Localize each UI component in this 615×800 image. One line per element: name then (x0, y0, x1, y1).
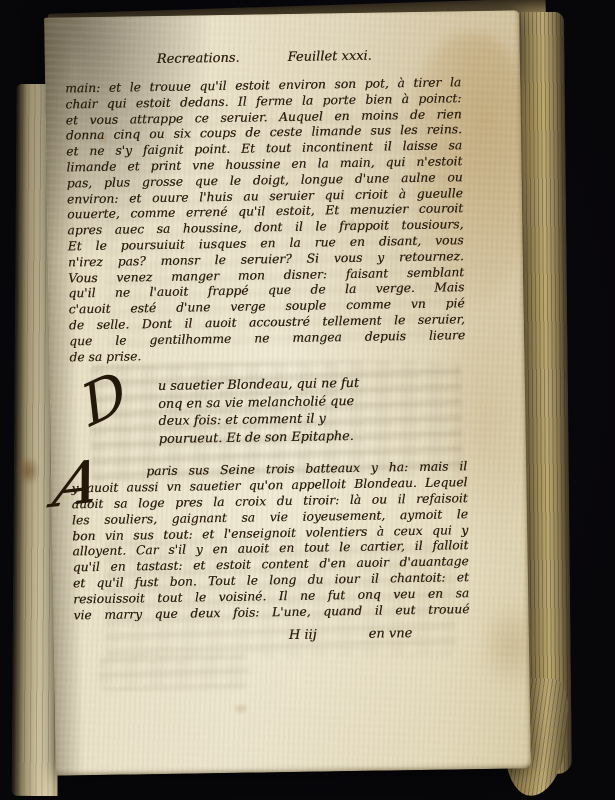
folio-number: Feuillet xxxi. (287, 49, 371, 68)
signature-mark: H iij (289, 628, 317, 643)
photo-backdrop: Recreations. Feuillet xxxi. main: et le … (0, 0, 615, 800)
signature-line: H iij en vne (74, 625, 470, 646)
gutter-stain (16, 456, 40, 486)
foxing-spot (235, 705, 247, 713)
drop-cap-d: D (75, 359, 135, 441)
verso-showthrough (98, 655, 249, 691)
paragraph-1: main: et le trouue qu'il estoit environ … (65, 75, 465, 366)
heading-line: pourueut. Et de son Epitaphe. (159, 426, 467, 448)
catchword: en vne (369, 626, 413, 642)
paragraph-2: A paris sus Seine trois batteaux y ha: m… (71, 460, 469, 624)
running-title: Recreations. (157, 51, 240, 70)
book-page: Recreations. Feuillet xxxi. main: et le … (44, 10, 531, 775)
running-header: Recreations. Feuillet xxxi. (65, 47, 461, 71)
page-text-block: Recreations. Feuillet xxxi. main: et le … (65, 47, 470, 646)
section-heading: D u sauetier Blondeau, qui ne fut onq en… (70, 374, 467, 458)
